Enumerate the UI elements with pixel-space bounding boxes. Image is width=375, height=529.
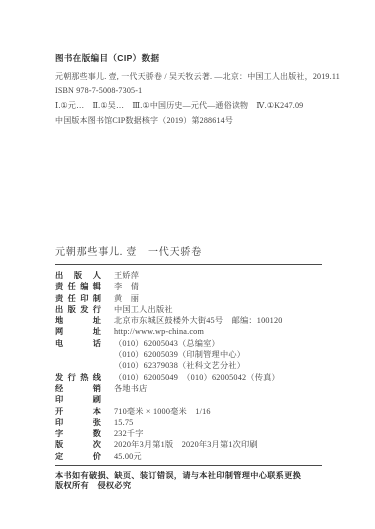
row-label: 印刷 [55, 394, 101, 405]
row-value: 232千字 [114, 428, 144, 439]
row-value: 710毫米 × 1000毫米 1/16 [114, 406, 211, 417]
table-row: （010）62379038（社科文艺分社） [55, 360, 322, 371]
row-value: 各地书店 [114, 383, 148, 394]
row-label: 发行热线 [55, 372, 101, 383]
cip-classification-line: Ⅰ.①元… Ⅱ.①吴… Ⅲ.①中国历史—元代—通俗读物 Ⅳ.①K247.09 [55, 100, 327, 112]
footer-divider [55, 465, 322, 466]
table-row: 责任印制 黄 丽 [55, 293, 322, 304]
cip-registry-line: 中国版本图书馆CIP数据核字（2019）第288614号 [55, 115, 327, 127]
table-row: 地址 北京市东城区鼓楼外大街45号 邮编：100120 [55, 315, 322, 326]
copyright-notice: 版权所有 侵权必究 [55, 481, 322, 491]
table-row: 开本 710毫米 × 1000毫米 1/16 [55, 406, 322, 417]
table-row: 字数 232千字 [55, 428, 322, 439]
row-label: 电话 [55, 338, 101, 349]
colophon-table: 出版人 王娇萍 责任编辑 李 倩 责任印制 黄 丽 出版发行 中国工人出版社 地… [55, 270, 322, 462]
row-label: 印张 [55, 417, 101, 428]
table-row: 发行热线 （010）62005049 （010）62005042（传真） [55, 372, 322, 383]
cip-isbn-line: ISBN 978-7-5008-7305-1 [55, 85, 327, 97]
table-row: 定价 45.00元 [55, 451, 322, 462]
table-row: 出版发行 中国工人出版社 [55, 304, 322, 315]
row-value: 2020年3月第1版 2020年3月第1次印刷 [114, 439, 258, 450]
table-row: 印刷 [55, 394, 322, 405]
table-row: 版次 2020年3月第1版 2020年3月第1次印刷 [55, 439, 322, 450]
row-label: 责任印制 [55, 293, 101, 304]
table-row: 出版人 王娇萍 [55, 270, 322, 281]
row-value: 15.75 [114, 417, 133, 428]
row-value: 45.00元 [114, 451, 142, 462]
row-label: 版次 [55, 439, 101, 450]
cip-heading: 图书在版编目（CIP）数据 [55, 52, 327, 64]
table-row: （010）62005039（印制管理中心） [55, 349, 322, 360]
row-label: 出版发行 [55, 304, 101, 315]
row-value: 中国工人出版社 [114, 304, 173, 315]
row-value: 王娇萍 [114, 270, 139, 281]
row-value: （010）62005049 （010）62005042（传真） [114, 372, 280, 383]
row-value: （010）62005039（印制管理中心） [114, 349, 245, 360]
row-label: 责任编辑 [55, 281, 101, 292]
row-label: 经销 [55, 383, 101, 394]
row-label: 地址 [55, 315, 101, 326]
cip-section: 图书在版编目（CIP）数据 元朝那些事儿. 壹, 一代天骄卷 / 吴天牧云著. … [55, 52, 327, 126]
table-row: 电话 （010）62005043（总编室） [55, 338, 322, 349]
cip-record-line: 元朝那些事儿. 壹, 一代天骄卷 / 吴天牧云著. —北京：中国工人出版社，20… [55, 71, 327, 83]
table-row: 网址 http://www.wp-china.com [55, 326, 322, 337]
row-value: （010）62379038（社科文艺分社） [114, 360, 245, 371]
row-value: （010）62005043（总编室） [114, 338, 220, 349]
row-label: 出版人 [55, 270, 101, 281]
table-row: 责任编辑 李 倩 [55, 281, 322, 292]
copyright-page: 图书在版编目（CIP）数据 元朝那些事儿. 壹, 一代天骄卷 / 吴天牧云著. … [0, 0, 375, 529]
row-value: 黄 丽 [114, 293, 139, 304]
row-label: 网址 [55, 326, 101, 337]
row-label: 定价 [55, 451, 101, 462]
table-row: 经销 各地书店 [55, 383, 322, 394]
row-value: 北京市东城区鼓楼外大街45号 邮编：100120 [114, 315, 283, 326]
title-divider [55, 264, 322, 265]
damage-notice: 本书如有破损、缺页、装订错误，请与本社印制管理中心联系更换 [55, 471, 322, 481]
colophon-section: 元朝那些事儿. 壹 一代天骄卷 出版人 王娇萍 责任编辑 李 倩 责任印制 黄 … [55, 247, 322, 491]
row-label: 字数 [55, 428, 101, 439]
book-title: 元朝那些事儿. 壹 一代天骄卷 [55, 247, 322, 259]
table-row: 印张 15.75 [55, 417, 322, 428]
row-label: 开本 [55, 406, 101, 417]
row-value: http://www.wp-china.com [114, 326, 204, 337]
row-value: 李 倩 [114, 281, 139, 292]
